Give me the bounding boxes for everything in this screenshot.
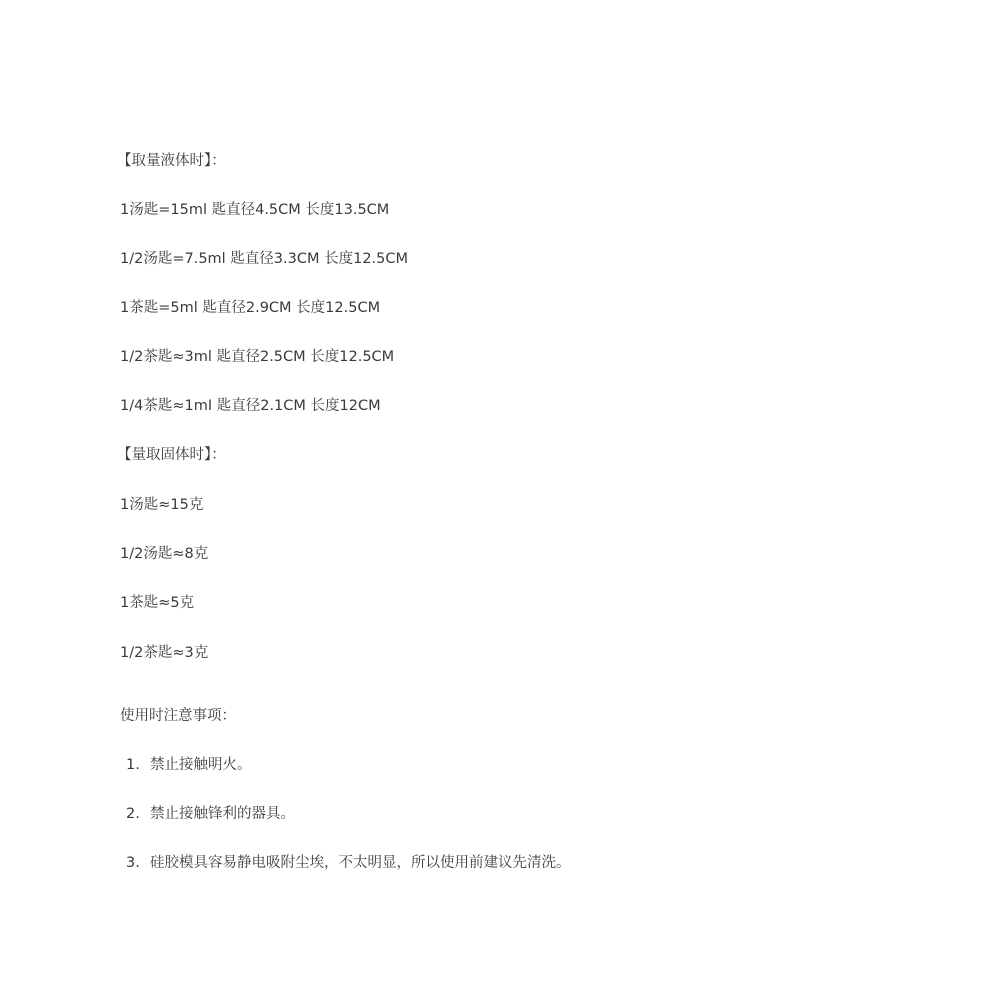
solid-measure-line: 1/2茶匙≈3克 xyxy=(120,643,208,663)
liquid-measure-line: 1汤匙=15ml 匙直径4.5CM 长度13.5CM xyxy=(120,200,389,220)
liquid-measure-line: 1茶匙=5ml 匙直径2.9CM 长度12.5CM xyxy=(120,298,380,318)
liquid-measure-line: 1/2汤匙=7.5ml 匙直径3.3CM 长度12.5CM xyxy=(120,249,408,269)
liquid-measure-line: 1/4茶匙≈1mI 匙直径2.1CM 长度12CM xyxy=(120,396,381,416)
document-page: 【取量液体时】： 1汤匙=15ml 匙直径4.5CM 长度13.5CM 1/2汤… xyxy=(0,0,1000,1000)
note-list-item: 2.禁止接触锋利的器具。 xyxy=(126,804,295,824)
solid-measure-line: 1汤匙≈15克 xyxy=(120,495,203,515)
liquid-measure-line: 1/2茶匙≈3ml 匙直径2.5CM 长度12.5CM xyxy=(120,347,394,367)
note-list-item: 3.硅胶模具容易静电吸附尘埃，不太明显，所以使用前建议先清洗。 xyxy=(126,853,571,873)
list-text: 禁止接触明火。 xyxy=(150,757,252,773)
solid-section-heading: 【量取固体时】： xyxy=(117,445,226,465)
solid-measure-line: 1茶匙≈5克 xyxy=(120,593,194,613)
list-number: 3. xyxy=(126,853,150,873)
notes-section-heading: 使用时注意事项： xyxy=(120,706,236,726)
list-text: 硅胶模具容易静电吸附尘埃，不太明显，所以使用前建议先清洗。 xyxy=(150,855,571,871)
liquid-section-heading: 【取量液体时】： xyxy=(117,151,226,171)
solid-measure-line: 1/2汤匙≈8克 xyxy=(120,544,208,564)
list-number: 1. xyxy=(126,755,150,775)
list-text: 禁止接触锋利的器具。 xyxy=(150,806,295,822)
note-list-item: 1.禁止接触明火。 xyxy=(126,755,252,775)
list-number: 2. xyxy=(126,804,150,824)
